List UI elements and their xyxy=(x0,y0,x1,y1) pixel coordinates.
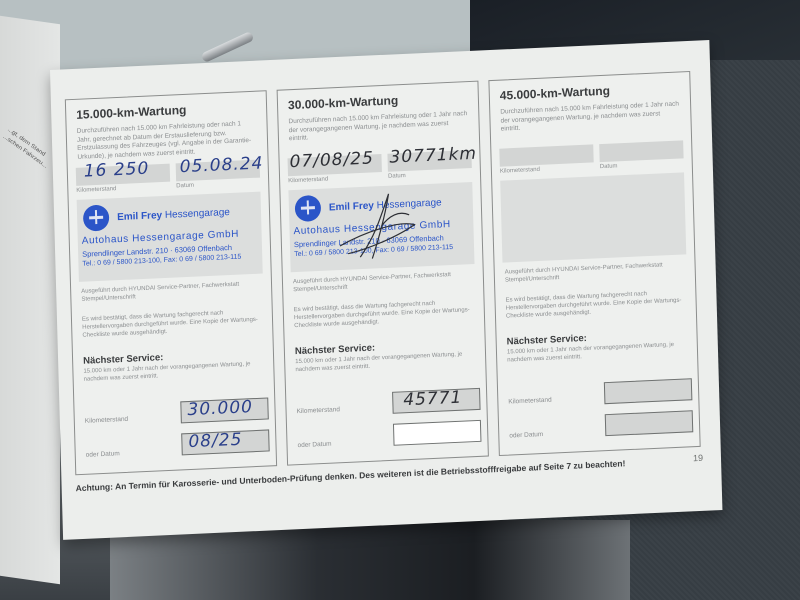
date-field[interactable] xyxy=(599,140,683,162)
service-card-30000: 30.000-km-Wartung Durchzuführen nach 15.… xyxy=(277,81,489,466)
next-date-field[interactable]: 08/25 xyxy=(181,429,270,455)
mileage-label: Kilometerstand xyxy=(500,167,540,175)
confirmation-text: Es wird bestätigt, dass die Wartung fach… xyxy=(294,298,478,330)
card-fields: Kilometerstand Datum xyxy=(499,140,683,172)
stamp-area: Emil Frey Hessengarage Autohaus Hessenga… xyxy=(288,182,474,272)
mileage-label: Kilometerstand xyxy=(76,186,116,194)
card-description: Durchzuführen nach 15.000 km Fahrleistun… xyxy=(500,100,681,134)
stamp-area-empty[interactable] xyxy=(500,172,686,262)
mileage-label: Kilometerstand xyxy=(288,176,328,184)
mileage-field[interactable] xyxy=(499,144,593,166)
next-mileage-label: Kilometerstand xyxy=(508,397,552,406)
page-number: 19 xyxy=(693,453,703,463)
handwritten-date: 30771km xyxy=(389,144,477,168)
next-date-field-redacted[interactable] xyxy=(393,420,482,446)
carried-out-label: Ausgeführt durch HYUNDAI Service-Partner… xyxy=(505,260,689,284)
next-mileage-label: Kilometerstand xyxy=(85,416,129,425)
confirmation-text: Es wird bestätigt, dass die Wartung fach… xyxy=(505,288,689,320)
card-fields: 07/08/25 Kilometerstand 30771km Datum xyxy=(288,150,472,182)
card-fields: 16 250 Kilometerstand 05.08.24 Datum xyxy=(76,160,260,192)
next-mileage-field[interactable]: 45771 xyxy=(392,388,481,414)
signature xyxy=(318,184,440,269)
next-date-label: oder Datum xyxy=(509,431,543,440)
carried-out-label: Ausgeführt durch HYUNDAI Service-Partner… xyxy=(81,279,265,303)
card-description: Durchzuführen nach 15.000 km Fahrleistun… xyxy=(288,110,469,144)
left-page-text: ...gt, dem Stand ...schen Fahrzeu... xyxy=(1,126,53,171)
stamp-brand-bold: Emil Frey xyxy=(117,210,162,223)
date-label: Datum xyxy=(600,163,618,170)
mileage-field[interactable]: 16 250 xyxy=(76,164,170,186)
date-label: Datum xyxy=(388,173,406,180)
stamp-brand: Emil Frey Hessengarage xyxy=(117,207,230,223)
mileage-field[interactable]: 07/08/25 xyxy=(288,154,382,176)
next-date-label: oder Datum xyxy=(297,441,331,450)
next-mileage-field[interactable]: 30.000 xyxy=(180,397,269,423)
service-card-45000: 45.000-km-Wartung Durchzuführen nach 15.… xyxy=(488,71,700,456)
handwritten-next-date: 08/25 xyxy=(188,430,243,452)
next-date-label: oder Datum xyxy=(86,450,120,459)
next-date-field[interactable] xyxy=(605,410,694,436)
date-field[interactable]: 30771km xyxy=(387,150,471,172)
stamp-area: Emil Frey Hessengarage Autohaus Hessenga… xyxy=(77,192,263,282)
date-field[interactable]: 05.08.24 xyxy=(176,160,260,182)
date-label: Datum xyxy=(176,183,194,190)
handwritten-next-mileage: 30.000 xyxy=(187,397,253,420)
card-title: 15.000-km-Wartung xyxy=(76,99,266,122)
card-title: 30.000-km-Wartung xyxy=(288,90,478,113)
stamp-brand-rest: Hessengarage xyxy=(162,207,230,221)
handwritten-mileage: 16 250 xyxy=(84,159,150,182)
handwritten-mileage: 07/08/25 xyxy=(289,148,374,172)
handwritten-next-mileage: 45771 xyxy=(403,388,463,411)
service-booklet-page: 15.000-km-Wartung Durchzuführen nach 15.… xyxy=(50,40,722,540)
dealer-logo-icon xyxy=(295,195,322,222)
handwritten-date: 05.08.24 xyxy=(179,153,263,177)
carried-out-label: Ausgeführt durch HYUNDAI Service-Partner… xyxy=(293,270,477,294)
next-mileage-field[interactable] xyxy=(604,378,693,404)
next-mileage-label: Kilometerstand xyxy=(297,406,341,415)
confirmation-text: Es wird bestätigt, dass die Wartung fach… xyxy=(82,307,266,339)
service-card-15000: 15.000-km-Wartung Durchzuführen nach 15.… xyxy=(65,90,277,475)
dealer-logo-icon xyxy=(83,204,110,231)
card-title: 45.000-km-Wartung xyxy=(500,80,690,103)
